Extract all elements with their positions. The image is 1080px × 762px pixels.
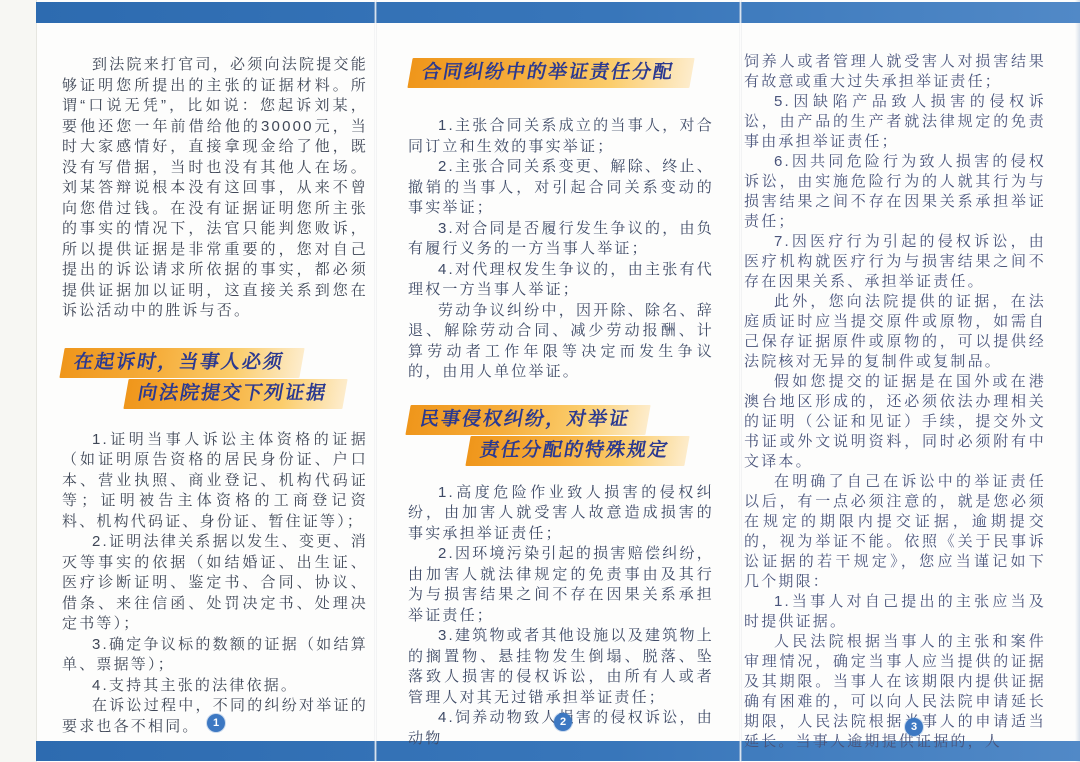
scan-left-margin [0,0,37,762]
paragraph: 假如您提交的证据是在国外或在港澳台地区形成的，还必须依法办理相关的证明（公证和见… [744,372,1046,472]
list-item: 3.确定争议标的数额的证据（如结算单、票据等）； [62,635,368,676]
labor-dispute-paragraph: 劳动争议纠纷中，因开除、除名、辞退、解除劳动合同、减少劳动报酬、计算劳动者工作年… [408,301,714,383]
heading-line-2: 责任分配的特殊规定 [468,436,714,463]
heading-text: 民事侵权纠纷，对举证 [418,408,632,431]
scan-right-edge [1075,0,1080,762]
list-item: 1.证明当事人诉讼主体资格的证据（如证明原告资格的居民身份证、户口本、营业执照、… [62,430,368,533]
list-item: 5.因缺陷产品致人损害的侵权诉讼，由产品的生产者就法律规定的免责事由承担举证责任… [744,92,1046,152]
list-item: 6.因共同危险行为致人损害的侵权诉讼，由实施危险行为的人就其行为与损害结果之间不… [744,152,1046,232]
page-number-badge: 3 [905,718,923,736]
list-item: 2.证明法律关系据以发生、变更、消灭等事实的依据（如结婚证、出生证、医疗诊断证明… [62,532,368,635]
section-heading-contract-disputes: 合同纠纷中的举证责任分配 [410,58,714,88]
list-item: 1.当事人对自己提出的主张应当及时提供证据。 [744,592,1046,632]
heading-line-1: 在起诉时，当事人必须 [62,348,368,375]
list-item: 7.因医疗行为引起的侵权诉讼，由医疗机构就医疗行为与损害结果之间不存在因果关系、… [744,232,1046,292]
heading-highlight-bar: 在起诉时，当事人必须 [59,348,304,378]
page-number-badge: 2 [554,713,572,731]
fold-crease-left [374,0,377,762]
paragraph: 人民法院根据当事人的主张和案件审理情况，确定当事人应当提供的证据及其期限。当事人… [744,632,1046,752]
heading-highlight-bar: 向法院提交下列证据 [123,379,347,409]
panel-2: 合同纠纷中的举证责任分配 1.主张合同关系成立的当事人，对合同订立和生效的事实举… [408,58,714,749]
list-item: 1.主张合同关系成立的当事人，对合同订立和生效的事实举证； [408,116,714,157]
heading-highlight-bar: 责任分配的特殊规定 [465,436,689,466]
heading-text: 向法院提交下列证据 [136,382,329,405]
list-item: 1.高度危险作业致人损害的侵权纠纷，由加害人就受害人故意造成损害的事实承担举证责… [408,483,714,545]
list-item: 4.支持其主张的法律依据。 [62,676,368,697]
top-border-bar [36,2,1080,23]
list-item: 3.建筑物或者其他设施以及建筑物上的搁置物、悬挂物发生倒塌、脱落、坠落致人损害的… [408,626,714,708]
continuation-paragraph: 饲养人或者管理人就受害人对损害结果有故意或重大过失承担举证责任； [744,52,1046,92]
intro-paragraph: 到法院来打官司，必须向法院提交能够证明您所提出的主张的证据材料。所谓“口说无凭”… [62,55,368,322]
section-heading-submit-evidence: 在起诉时，当事人必须 向法院提交下列证据 [62,348,368,406]
paragraph: 在明确了自己在诉讼中的举证责任以后，有一点必须注意的，就是您必须在规定的期限内提… [744,472,1046,592]
heading-text: 责任分配的特殊规定 [478,439,671,462]
heading-line-2: 向法院提交下列证据 [126,379,368,406]
panel-3: 饲养人或者管理人就受害人对损害结果有故意或重大过失承担举证责任； 5.因缺陷产品… [744,52,1046,752]
heading-highlight-bar: 民事侵权纠纷，对举证 [405,405,650,435]
list-item: 4.对代理权发生争议的，由主张有代理权一方当事人举证； [408,260,714,301]
brochure-scan: 到法院来打官司，必须向法院提交能够证明您所提出的主张的证据材料。所谓“口说无凭”… [0,0,1080,762]
list-item: 3.对合同是否履行发生争议的，由负有履行义务的一方当事人举证； [408,219,714,260]
heading-line-1: 民事侵权纠纷，对举证 [408,405,714,432]
list-item: 2.主张合同关系变更、解除、终止、撤销的当事人，对引起合同关系变动的事实举证； [408,157,714,219]
panel-1: 到法院来打官司，必须向法院提交能够证明您所提出的主张的证据材料。所谓“口说无凭”… [62,55,368,737]
section-heading-tort-disputes: 民事侵权纠纷，对举证 责任分配的特殊规定 [408,405,714,463]
heading-highlight-bar: 合同纠纷中的举证责任分配 [407,58,694,88]
heading-text: 合同纠纷中的举证责任分配 [420,61,676,84]
paragraph: 此外，您向法院提供的证据，在法庭质证时应当提交原件或原物，如需自己保存证据原件或… [744,292,1046,372]
heading-text: 在起诉时，当事人必须 [72,351,286,374]
list-item: 2.因环境污染引起的损害赔偿纠纷，由加害人就法律规定的免责事由及其行为与损害结果… [408,544,714,626]
page-number-badge: 1 [207,714,225,732]
fold-crease-right [739,0,742,762]
